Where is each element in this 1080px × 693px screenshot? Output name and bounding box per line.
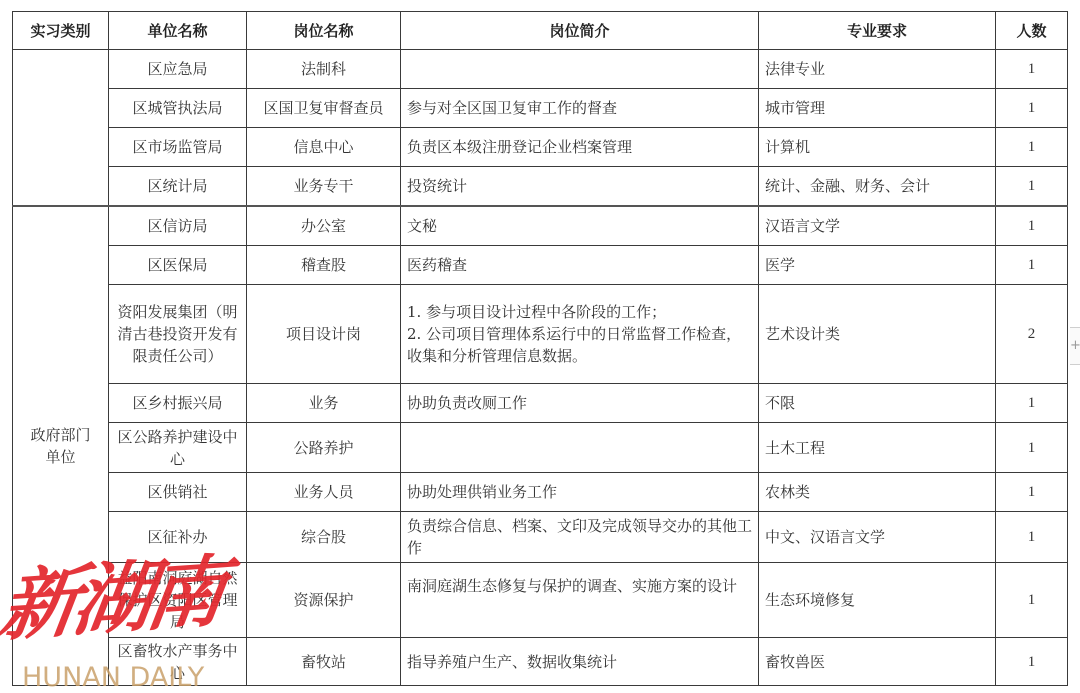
unit-cell: 区应急局 [109,50,247,89]
major-cell: 城市管理 [759,89,996,128]
description-cell: 负责区本级注册登记企业档案管理 [401,128,759,167]
unit-cell: 区市场监管局 [109,128,247,167]
unit-cell: 区城管执法局 [109,89,247,128]
count-cell: 1 [996,167,1068,207]
major-cell: 畜牧兽医 [759,638,996,686]
description-cell: 负责综合信息、档案、文印及完成领导交办的其他工作 [401,512,759,563]
header-row: 实习类别 单位名称 岗位名称 岗位简介 专业要求 人数 [13,12,1068,50]
unit-cell: 资阳发展集团（明清古巷投资开发有限责任公司） [109,285,247,384]
table-row: 区医保局 稽查股 医药稽查 医学 1 [13,246,1068,285]
unit-cell: 区乡村振兴局 [109,384,247,423]
category-cell [13,50,109,207]
description-cell: 文秘 [401,206,759,246]
major-cell: 生态环境修复 [759,563,996,638]
position-cell: 项目设计岗 [247,285,401,384]
position-cell: 法制科 [247,50,401,89]
description-line-2: 2. 公司项目管理体系运行中的日常监督工作检查，收集和分析管理信息数据。 [407,323,752,367]
unit-cell: 区医保局 [109,246,247,285]
unit-cell: 区畜牧水产事务中心 [109,638,247,686]
category-cell: 政府部门单位 [13,206,109,686]
description-cell [401,50,759,89]
major-cell: 土木工程 [759,423,996,473]
position-cell: 业务专干 [247,167,401,207]
description-cell: 参与对全区国卫复审工作的督查 [401,89,759,128]
major-cell: 中文、汉语言文学 [759,512,996,563]
count-cell: 1 [996,512,1068,563]
description-line-1: 1. 参与项目设计过程中各阶段的工作； [407,301,752,323]
count-cell: 1 [996,246,1068,285]
table-row: 资阳发展集团（明清古巷投资开发有限责任公司） 项目设计岗 1. 参与项目设计过程… [13,285,1068,384]
description-cell: 1. 参与项目设计过程中各阶段的工作； 2. 公司项目管理体系运行中的日常监督工… [401,285,759,384]
count-cell: 1 [996,50,1068,89]
table-row: 区畜牧水产事务中心 畜牧站 指导养殖户生产、数据收集统计 畜牧兽医 1 [13,638,1068,686]
major-cell: 医学 [759,246,996,285]
unit-cell: 区征补办 [109,512,247,563]
unit-label: 资阳发展集团（明清古巷投资开发有限责任公司） [113,301,242,367]
position-cell: 公路养护 [247,423,401,473]
position-cell: 稽查股 [247,246,401,285]
table-row: 区应急局 法制科 法律专业 1 [13,50,1068,89]
major-cell: 法律专业 [759,50,996,89]
count-cell: 1 [996,423,1068,473]
description-cell: 医药稽查 [401,246,759,285]
position-cell: 业务 [247,384,401,423]
count-cell: 1 [996,384,1068,423]
position-cell: 办公室 [247,206,401,246]
position-cell: 区国卫复审督查员 [247,89,401,128]
header-unit: 单位名称 [109,12,247,50]
position-cell: 综合股 [247,512,401,563]
count-cell: 1 [996,563,1068,638]
unit-cell: 区信访局 [109,206,247,246]
position-cell: 畜牧站 [247,638,401,686]
description-cell: 投资统计 [401,167,759,207]
table-row: 区城管执法局 区国卫复审督查员 参与对全区国卫复审工作的督查 城市管理 1 [13,89,1068,128]
unit-cell: 区供销社 [109,473,247,512]
description-cell: 协助处理供销业务工作 [401,473,759,512]
header-position: 岗位名称 [247,12,401,50]
header-category: 实习类别 [13,12,109,50]
table-row: 区统计局 业务专干 投资统计 统计、金融、财务、会计 1 [13,167,1068,207]
position-cell: 业务人员 [247,473,401,512]
description-cell: 指导养殖户生产、数据收集统计 [401,638,759,686]
major-cell: 农林类 [759,473,996,512]
count-cell: 1 [996,128,1068,167]
table-row: 区乡村振兴局 业务 协助负责改厕工作 不限 1 [13,384,1068,423]
position-cell: 信息中心 [247,128,401,167]
count-cell: 1 [996,89,1068,128]
plus-icon: + [1070,338,1080,353]
count-cell: 1 [996,473,1068,512]
table-row: 益阳南洞庭湖自然保护区资阳区管理局 资源保护 南洞庭湖生态修复与保护的调查、实施… [13,563,1068,638]
unit-cell: 区公路养护建设中心 [109,423,247,473]
header-count: 人数 [996,12,1068,50]
position-cell: 资源保护 [247,563,401,638]
unit-cell: 区统计局 [109,167,247,207]
count-cell: 1 [996,638,1068,686]
description-cell [401,423,759,473]
table-row: 区公路养护建设中心 公路养护 土木工程 1 [13,423,1068,473]
major-cell: 艺术设计类 [759,285,996,384]
description-cell: 协助负责改厕工作 [401,384,759,423]
category-label: 政府部门单位 [25,424,97,468]
description-cell: 南洞庭湖生态修复与保护的调查、实施方案的设计 [401,563,759,638]
table-row: 区市场监管局 信息中心 负责区本级注册登记企业档案管理 计算机 1 [13,128,1068,167]
major-cell: 统计、金融、财务、会计 [759,167,996,207]
major-cell: 计算机 [759,128,996,167]
header-description: 岗位简介 [401,12,759,50]
major-cell: 汉语言文学 [759,206,996,246]
count-cell: 1 [996,206,1068,246]
major-cell: 不限 [759,384,996,423]
table-row: 政府部门单位 区信访局 办公室 文秘 汉语言文学 1 [13,206,1068,246]
table-row: 区供销社 业务人员 协助处理供销业务工作 农林类 1 [13,473,1068,512]
table-row: 区征补办 综合股 负责综合信息、档案、文印及完成领导交办的其他工作 中文、汉语言… [13,512,1068,563]
internship-positions-table: 实习类别 单位名称 岗位名称 岗位简介 专业要求 人数 区应急局 法制科 法律专… [12,11,1068,686]
expand-side-tab[interactable]: + [1070,327,1080,365]
count-cell: 2 [996,285,1068,384]
unit-cell: 益阳南洞庭湖自然保护区资阳区管理局 [109,563,247,638]
header-major: 专业要求 [759,12,996,50]
